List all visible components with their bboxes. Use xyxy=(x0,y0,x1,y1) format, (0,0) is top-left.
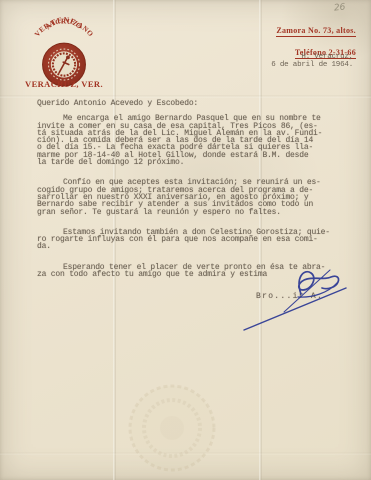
horizontal-fold-crease-top xyxy=(0,95,371,98)
dateline-date: 6 de abril de 1964. xyxy=(271,61,353,69)
paragraph-4: Esperando tener el placer de verte pront… xyxy=(37,264,339,279)
letterhead-city: VERACRUZ, VER. xyxy=(24,79,104,89)
paragraph-1: Me encarga el amigo Bernardo Pasquel que… xyxy=(37,115,339,166)
svg-text:VERACRUZANO: VERACRUZANO xyxy=(33,18,95,39)
paragraph-3: Estamos invitando también a don Celestin… xyxy=(37,229,339,251)
dateline-city: H. Veracruz, xyxy=(271,53,353,61)
paragraph-2: Confío en que aceptes esta invitación; s… xyxy=(37,179,339,215)
seal-arc-text-2: VERACRUZANO xyxy=(33,18,95,39)
seal-showthrough-watermark xyxy=(122,378,222,478)
dateline: H. Veracruz, 6 de abril de 1964. xyxy=(271,53,353,69)
signature-typed-name: Bro...ir A. xyxy=(256,292,323,301)
pencil-page-number: 26 xyxy=(334,2,346,13)
salutation: Querido Antonio Acevedo y Escobedo: xyxy=(37,100,339,107)
letterhead-address: Zamora No. 73, altos. xyxy=(276,26,356,37)
letter-body: Querido Antonio Acevedo y Escobedo: Me e… xyxy=(37,100,339,291)
scanned-letter-page: 26 ATENEO VERACRUZANO xyxy=(0,0,371,480)
